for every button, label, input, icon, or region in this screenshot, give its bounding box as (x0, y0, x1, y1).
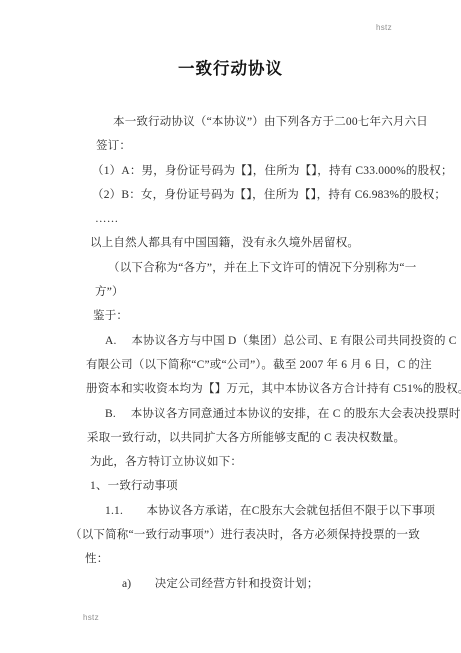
doc-line: 有限公司（以下简称“C”或“公司”）。截至 2007 年 6 月 6 日，C 的… (0, 353, 461, 377)
doc-line: 本一致行动协议（“本协议”）由下列各方于二00七年六月六日 (0, 110, 461, 134)
document-body: 本一致行动协议（“本协议”）由下列各方于二00七年六月六日 签订： （1）A：男… (0, 110, 461, 596)
doc-line: A. 本协议各方与中国 D（集团）总公司、E 有限公司共同投资的 C (0, 329, 461, 353)
doc-line: 方”） (0, 280, 461, 304)
doc-line: （1）A：男，身份证号码为【】，住所为【】，持有 C33.000%的股权； (0, 159, 461, 183)
doc-line: 采取一致行动，以共同扩大各方所能够支配的 C 表决权数量。 (0, 426, 461, 450)
doc-line: 册资本和实收资本均为【】万元，其中本协议各方合计持有 C51%的股权。 (0, 377, 461, 401)
doc-line: B. 本协议各方同意通过本协议的安排，在 C 的股东大会表决投票时 (0, 402, 461, 426)
doc-line: 鉴于： (0, 304, 461, 328)
doc-line: 为此，各方特订立协议如下： (0, 450, 461, 474)
watermark-top: hstz (376, 23, 392, 32)
doc-line: a) 决定公司经营方针和投资计划； (0, 572, 461, 596)
doc-line: （以下合称为“各方”，并在上下文许可的情况下分别称为“一 (0, 256, 461, 280)
doc-line: （2）B：女，身份证号码为【】，住所为【】，持有 C6.983%的股权； (0, 183, 461, 207)
doc-line: 以上自然人都具有中国国籍，没有永久境外居留权。 (0, 231, 461, 255)
watermark-bottom: hstz (83, 613, 99, 622)
doc-line: …… (0, 207, 461, 231)
document-title: 一致行动协议 (0, 55, 461, 79)
doc-line: 1、一致行动事项 (0, 474, 461, 498)
doc-line: 签订： (0, 134, 461, 158)
doc-line: 性： (0, 547, 461, 571)
doc-line: 1.1. 本协议各方承诺，在C股东大会就包括但不限于以下事项 (0, 499, 461, 523)
document-page: hstz 一致行动协议 本一致行动协议（“本协议”）由下列各方于二00七年六月六… (0, 0, 461, 653)
doc-line: （以下简称“一致行动事项”）进行表决时，各方必须保持投票的一致 (0, 523, 461, 547)
